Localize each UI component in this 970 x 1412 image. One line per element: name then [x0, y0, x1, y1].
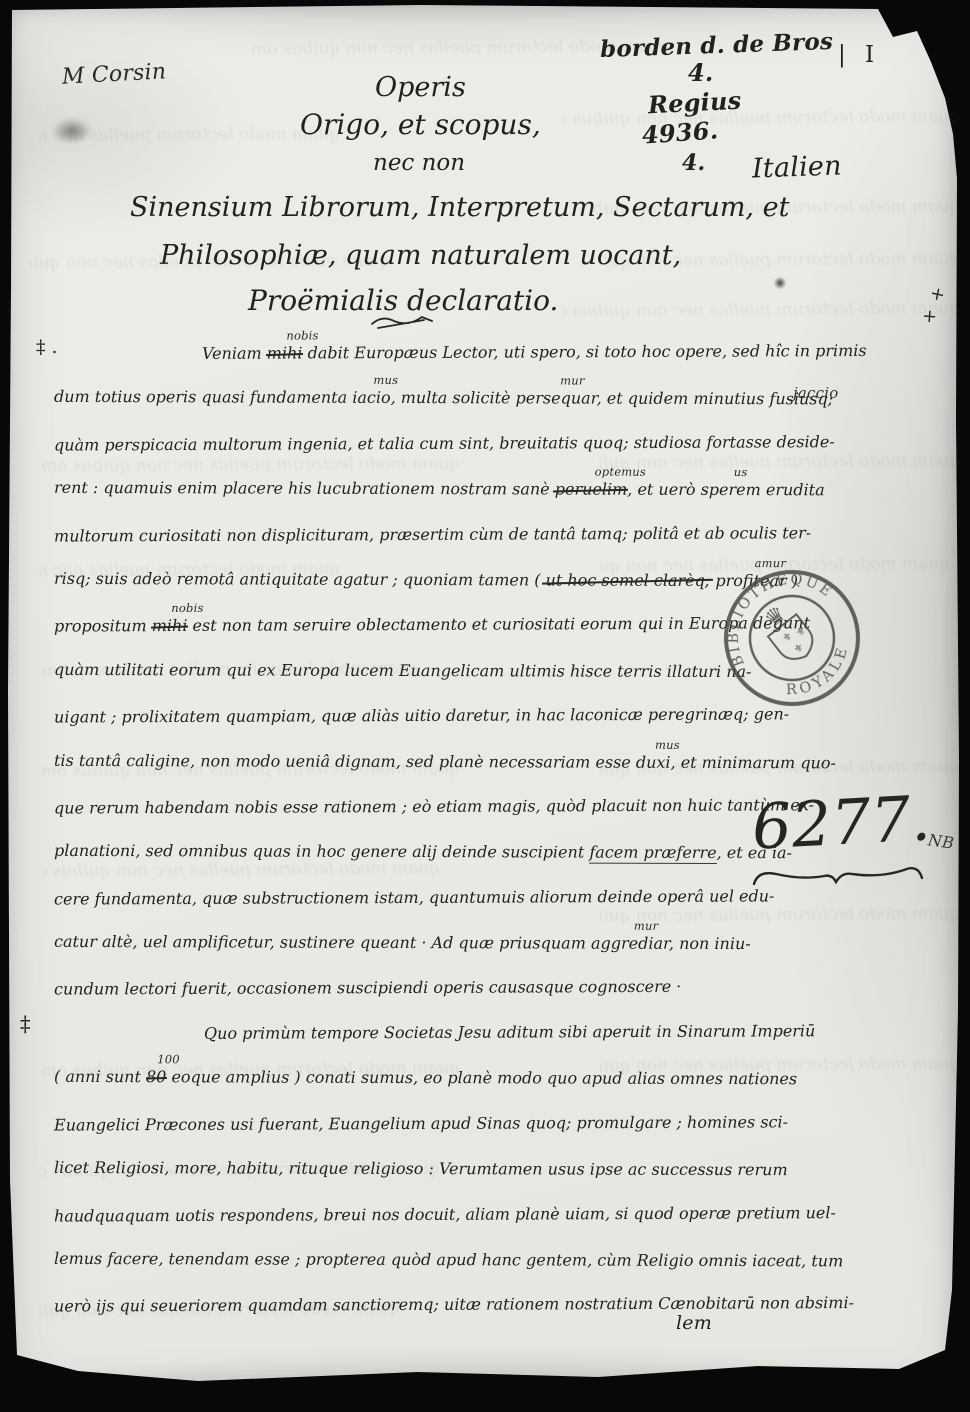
interlinear-correction: nobis — [286, 330, 318, 341]
manuscript-text: lemus facere, tenendam esse ; propterea … — [54, 1249, 843, 1270]
corrected-word: ussperem — [701, 480, 761, 499]
manuscript-text: propositum — [54, 616, 152, 635]
corrected-word: murpersequar — [516, 389, 597, 408]
margin-cross-2: + — [921, 305, 938, 327]
paper-spot — [774, 277, 786, 289]
title-line-origo: Origo, et scopus, — [300, 108, 541, 141]
corrected-word: muraggrediar — [591, 934, 669, 953]
manuscript-text: , et quidem minutius fusiusq; — [597, 389, 834, 409]
manuscript-text: sperem — [701, 480, 761, 499]
manuscript-text: catur altè, uel amplificetur, sustinere … — [54, 932, 591, 953]
corrected-word: nobismihi — [152, 616, 188, 635]
manuscript-line: lemus facere, tenendam esse ; propterea … — [54, 1236, 760, 1284]
interlinear-correction: mur — [634, 921, 658, 932]
manuscript-line: dum totius operis quasi fundamenta musia… — [54, 374, 760, 422]
catchword: lem — [676, 1312, 712, 1334]
manuscript-line: uigant ; prolixitatem quampiam, quæ alià… — [54, 692, 760, 740]
corrected-word: 10080 — [146, 1068, 166, 1087]
manuscript-text: iacio — [352, 388, 390, 407]
interlinear-correction: us — [734, 467, 748, 478]
catalog-number-flourish — [748, 862, 928, 894]
manuscript-text: haudquaquam uotis respondens, breui nos … — [54, 1203, 836, 1225]
manuscript-line: rent : quamuis enim placere his lucubrat… — [54, 465, 760, 513]
title-line-necnon: nec non — [373, 150, 465, 176]
title-line-philosophiae: Philosophiæ, quam naturalem uocant, — [160, 240, 681, 271]
manuscript-line: quàm perspicacia multorum ingenia, et ta… — [54, 419, 760, 467]
bleedthrough-text: quam modo lectorum puellas nec non quibu… — [560, 299, 960, 322]
manuscript-text: erudita — [761, 480, 825, 499]
manuscript-text: que rerum habendam nobis esse rationem ;… — [54, 795, 814, 817]
manuscript-text: quàm utilitati eorum qui ex Europa lucem… — [54, 660, 752, 681]
manuscript-text: tis tantâ caligine, non modo ueniâ digna… — [54, 750, 636, 771]
manuscript-line: ( anni sunt 10080 eoque amplius ) conati… — [54, 1054, 760, 1102]
manuscript-line: que rerum habendam nobis esse rationem ;… — [54, 782, 760, 830]
manuscript-text: duxi — [636, 752, 671, 771]
corrected-word: nobismihi — [267, 343, 303, 362]
underlined-text: facem præferre — [589, 843, 716, 864]
corrected-word: optemusperuelim — [555, 480, 628, 499]
manuscript-text: uerò ijs qui seueriorem quamdam sanctior… — [54, 1293, 854, 1315]
manuscript-line: multorum curiositati non displicituram, … — [54, 510, 760, 558]
language-note: Italien — [751, 150, 842, 184]
fleur-de-lis-icon: ⚜ — [791, 640, 807, 656]
catalog-nb-note: NB — [927, 830, 956, 852]
struck-text: mihi — [267, 343, 303, 362]
manuscript-text: risq; suis adeò remotâ antiquitate agatu… — [54, 569, 546, 590]
shelfmark-line-2: 4. — [688, 58, 713, 87]
manuscript-text: planationi, sed omnibus quas in hoc gene… — [54, 841, 589, 862]
manuscript-line: quàm utilitati eorum qui ex Europa lucem… — [54, 647, 760, 695]
catalog-number: 6277. — [750, 781, 932, 863]
struck-text: 80 — [146, 1068, 166, 1087]
manuscript-text: Euangelici Præcones usi fuerant, Euangel… — [54, 1112, 788, 1134]
interlinear-correction: mur — [560, 376, 584, 387]
folio-number: | I — [838, 42, 880, 68]
interlinear-correction: optemus — [595, 467, 646, 478]
manuscript-line: Veniam nobismihi dabit Europæus Lector, … — [54, 328, 760, 376]
title-line-operis: Operis — [375, 72, 466, 103]
struck-text: ut hoc semel clarèq; — [546, 570, 711, 590]
manuscript-line: cere fundamenta, quæ substructionem ista… — [54, 873, 760, 921]
interlinear-correction: nobis — [171, 603, 203, 614]
manuscript-text: dum totius operis quasi fundamenta — [54, 387, 352, 407]
manuscript-line: uerò ijs qui seueriorem quamdam sanctior… — [54, 1281, 760, 1329]
manuscript-text: dabit Europæus Lector, uti spero, si tot… — [302, 341, 866, 362]
shelfmark-line-4: 4936. — [641, 115, 719, 149]
interlinear-correction: 100 — [157, 1055, 180, 1066]
fleur-de-lis-icon: ⚜ — [780, 629, 796, 645]
manuscript-scan: quam modo lectorum puellas nec non quibu… — [0, 0, 970, 1412]
manuscript-line: Euangelici Præcones usi fuerant, Euangel… — [54, 1099, 760, 1147]
manuscript-text: cere fundamenta, quæ substructionem ista… — [54, 886, 775, 908]
manuscript-text: , multa solicitè — [391, 388, 516, 407]
ink-smudge — [52, 118, 92, 144]
manuscript-text: eoque amplius ) conati sumus, eo planè m… — [166, 1068, 797, 1089]
manuscript-text: multorum curiositati non displicituram, … — [54, 523, 811, 545]
manuscript-text: aggrediar — [591, 934, 669, 953]
manuscript-text: persequar — [516, 389, 597, 408]
interlinear-correction: mus — [655, 739, 680, 750]
struck-text: peruelim — [555, 480, 628, 499]
manuscript-line: cundum lectori fuerit, occasionem suscip… — [54, 964, 760, 1012]
manuscript-text: cundum lectori fuerit, occasionem suscip… — [54, 977, 681, 999]
corrected-word: musduxi — [636, 752, 671, 771]
bleedthrough-text: quam modo lectorum puellas nec non quibu… — [560, 107, 960, 130]
manuscript-text: uigant ; prolixitatem quampiam, quæ alià… — [54, 704, 789, 726]
interlinear-correction: mus — [373, 375, 398, 386]
manuscript-line: tis tantâ caligine, non modo ueniâ digna… — [54, 737, 760, 785]
paragraph-mark-2: ‡ — [20, 1012, 31, 1036]
corrected-word: musiacio — [352, 388, 390, 407]
manuscript-line: Quo primùm tempore Societas Jesu aditum … — [54, 1008, 760, 1056]
manuscript-text: , et minimarum quo- — [671, 752, 836, 772]
manuscript-text: , non iniu- — [669, 934, 751, 953]
paragraph-1: Veniam nobismihi dabit Europæus Lector, … — [54, 330, 760, 1011]
manuscript-text: rent : quamuis enim placere his lucubrat… — [54, 478, 555, 499]
manuscript-line: planationi, sed omnibus quas in hoc gene… — [54, 828, 760, 876]
manuscript-text: licet Religiosi, more, habitu, rituque r… — [54, 1158, 788, 1179]
manuscript-text: , et uerò — [627, 480, 700, 499]
shelfmark-line-5: 4. — [682, 150, 705, 176]
title-line-sinensium: Sinensium Librorum, Interpretum, Sectaru… — [130, 192, 789, 223]
struck-text: mihi — [152, 616, 188, 635]
manuscript-line: propositum nobismihi est non tam seruire… — [54, 601, 760, 649]
manuscript-text: ( anni sunt — [54, 1067, 146, 1086]
paragraph-2: Quo primùm tempore Societas Jesu aditum … — [54, 1010, 760, 1328]
manuscript-line: licet Religiosi, more, habitu, rituque r… — [54, 1145, 760, 1193]
manuscript-text: Quo primùm tempore Societas Jesu aditum … — [204, 1021, 815, 1043]
manuscript-line: haudquaquam uotis respondens, breui nos … — [54, 1190, 760, 1238]
manuscript-line: risq; suis adeò remotâ antiquitate agatu… — [54, 556, 760, 604]
manuscript-line: catur altè, uel amplificetur, sustinere … — [54, 919, 760, 967]
manuscript-text: Veniam — [202, 344, 267, 363]
manuscript-text: quàm perspicacia multorum ingenia, et ta… — [54, 432, 835, 454]
shelfmark-line-3: Regius — [647, 86, 742, 120]
